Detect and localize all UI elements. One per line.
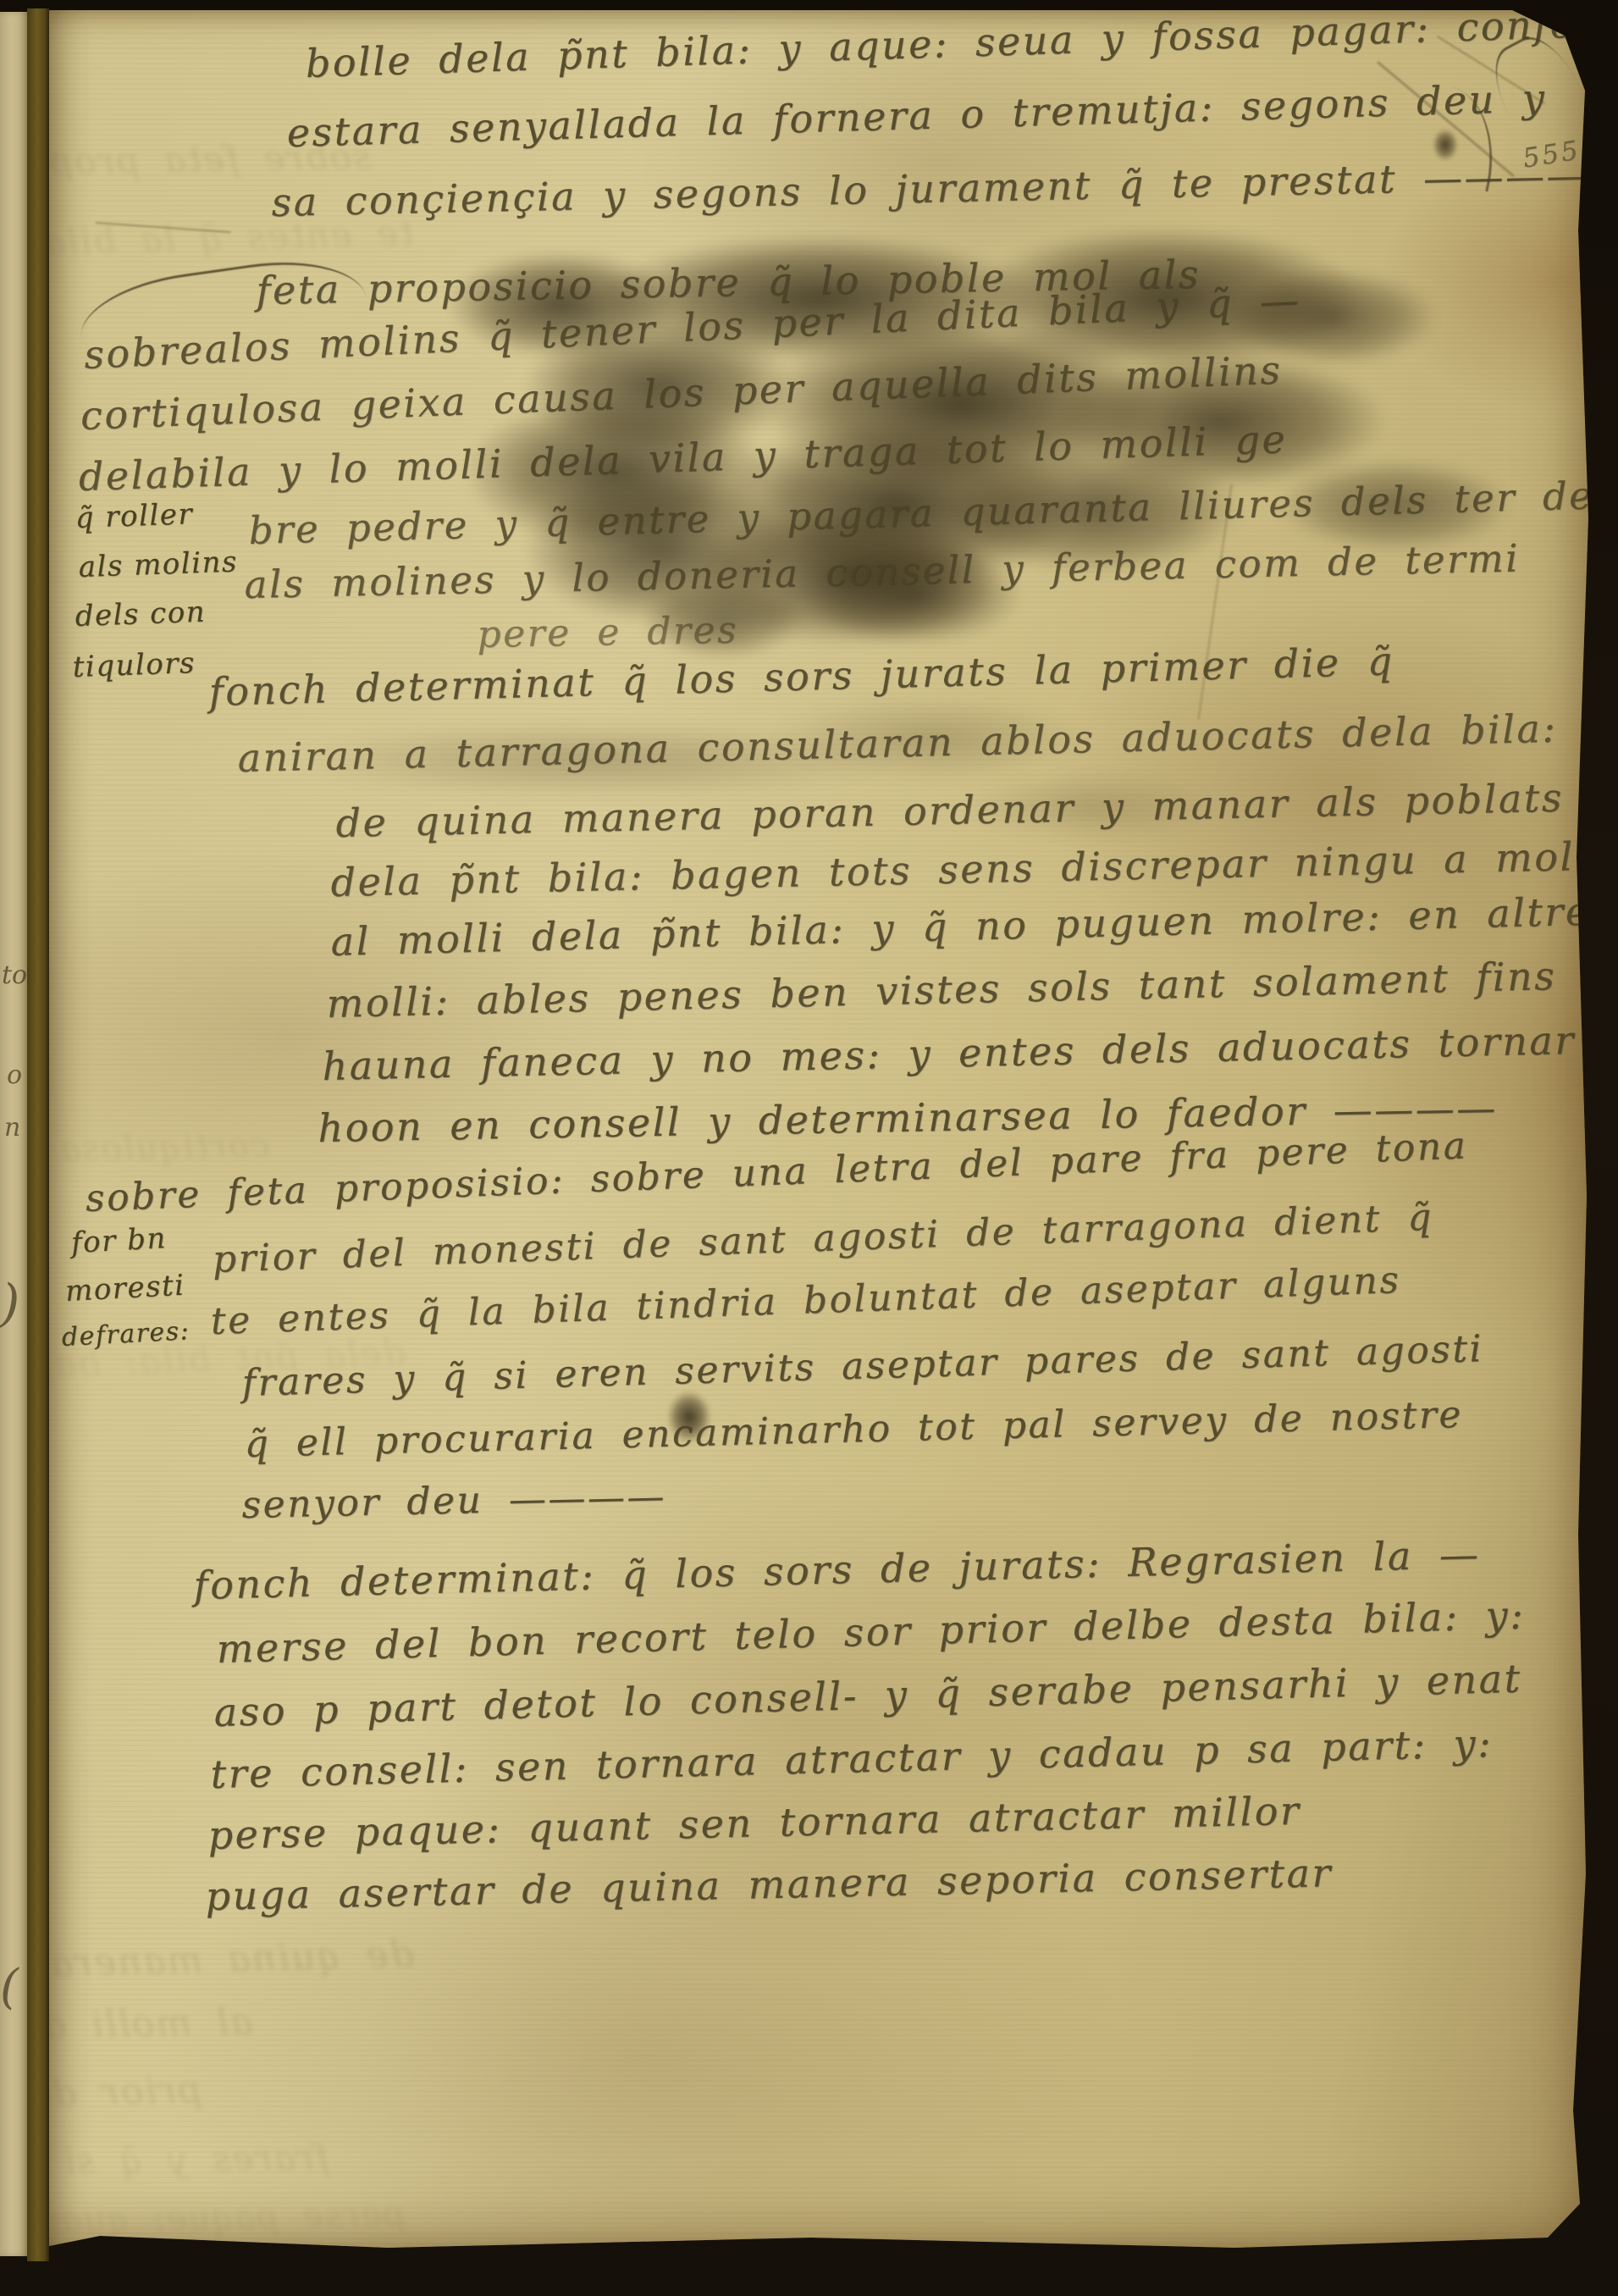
manuscript-line: pere e dres — [477, 609, 738, 656]
manuscript-line: q̃ ell procuraria encaminarho tot pal se… — [244, 1393, 1463, 1466]
manuscript-scan: to o n ) ( sobre feta proposisio: sobre … — [0, 0, 1618, 2296]
manuscript-line: senyor deu ———— — [241, 1475, 666, 1527]
manuscript-line: bolle dela p̃nt bila: y aque: seua y fos… — [305, 0, 1618, 86]
margin-note-line: als molins — [78, 545, 239, 584]
prev-page-fragment: n — [4, 1113, 20, 1142]
manuscript-line: estara senyallada la fornera o tremutja:… — [286, 75, 1547, 156]
manuscript-line: tre consell: sen tornara atractar y cada… — [210, 1720, 1494, 1797]
margin-note-line: dels con — [75, 595, 207, 633]
manuscript-page: sobre feta proposisio: sobre una letra d… — [49, 10, 1597, 2249]
prev-page-fragment: to — [2, 960, 27, 990]
margin-note-line: q̃ roller — [75, 497, 194, 535]
prev-page-fragment: ( — [0, 1960, 19, 2015]
manuscript-line: hauna faneca y no mes: y entes dels aduo… — [322, 1017, 1576, 1089]
manuscript-line: frares y q̃ si eren servits aseptar pare… — [241, 1327, 1484, 1405]
manuscript-line: sa conçiençia y segons lo jurament q̃ te… — [271, 152, 1588, 225]
manuscript-line: molli: ables penes ben vistes sols tant … — [326, 953, 1557, 1026]
manuscript-line: fonch determinat q̃ los sors jurats la p… — [208, 638, 1394, 715]
margin-note-line: tiqulors — [72, 646, 196, 684]
prev-page-fragment: o — [7, 1060, 22, 1090]
margin-note-line: for bn — [70, 1221, 168, 1260]
bleedthrough-line: frares y q̃ si eren servits aseptar pare… — [0, 2136, 329, 2198]
bleedthrough-line: de quina manera poran ordenar y manar al… — [0, 1933, 414, 2006]
manuscript-line: fonch determinat: q̃ los sors de jurats:… — [193, 1531, 1481, 1608]
margin-note-line: moresti — [64, 1269, 185, 1308]
bleedthrough-line: perse paque: quant sen tornara atractar … — [0, 2195, 406, 2250]
manuscript-line: puga asertar de quina manera seporia con… — [205, 1850, 1333, 1919]
prev-page-fragment: ) — [0, 1274, 19, 1333]
manuscript-line: perse paque: quant sen tornara atractar … — [207, 1788, 1301, 1858]
previous-page-edge: to o n ) ( — [0, 12, 27, 2256]
book-gutter — [27, 8, 49, 2261]
